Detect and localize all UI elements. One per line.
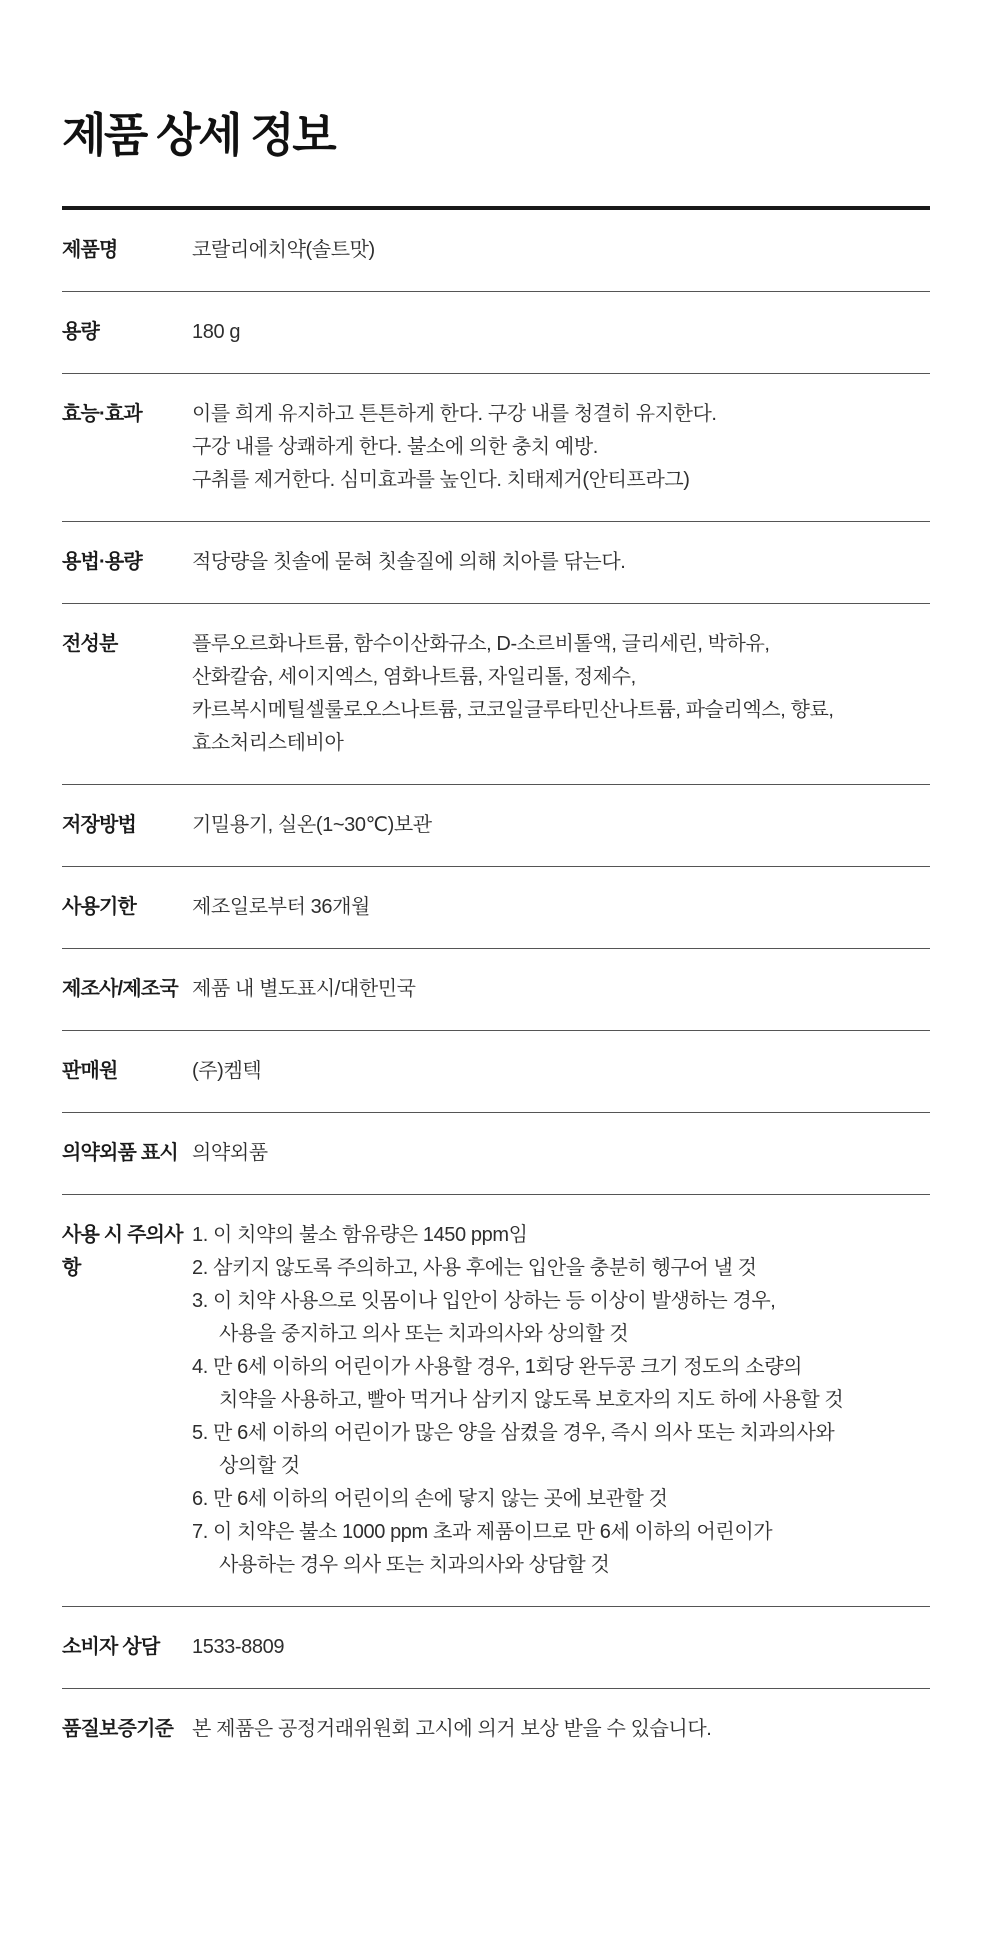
row-label: 저장방법 xyxy=(62,809,192,842)
value-line: 적당량을 칫솔에 묻혀 칫솔질에 의해 치아를 닦는다. xyxy=(192,546,930,579)
row-label: 품질보증기준 xyxy=(62,1713,192,1746)
row-value: 코랄리에치약(솔트맛) xyxy=(192,234,930,267)
table-row-product-name: 제품명 코랄리에치약(솔트맛) xyxy=(62,210,930,292)
row-label: 효능·효과 xyxy=(62,398,192,431)
row-value: 제품 내 별도표시/대한민국 xyxy=(192,973,930,1006)
value-line: 2. 삼키지 않도록 주의하고, 사용 후에는 입안을 충분히 헹구어 낼 것 xyxy=(192,1252,930,1285)
row-label: 사용기한 xyxy=(62,891,192,924)
value-line: 의약외품 xyxy=(192,1137,930,1170)
value-line: 사용을 중지하고 의사 또는 치과의사와 상의할 것 xyxy=(192,1318,930,1351)
table-row-quasi-drug-mark: 의약외품 표시 의약외품 xyxy=(62,1113,930,1195)
row-label: 소비자 상담 xyxy=(62,1631,192,1664)
value-line: 치약을 사용하고, 빨아 먹거나 삼키지 않도록 보호자의 지도 하에 사용할 … xyxy=(192,1384,930,1417)
table-row-shelf-life: 사용기한 제조일로부터 36개월 xyxy=(62,867,930,949)
row-label: 사용 시 주의사항 xyxy=(62,1219,192,1285)
row-value: 플루오르화나트륨, 함수이산화규소, D-소르비톨액, 글리세린, 박하유,산화… xyxy=(192,628,930,760)
row-label: 전성분 xyxy=(62,628,192,661)
table-row-volume: 용량 180 g xyxy=(62,292,930,374)
table-row-quality-guarantee: 품질보증기준 본 제품은 공정거래위원회 고시에 의거 보상 받을 수 있습니다… xyxy=(62,1689,930,1770)
row-value: 1533-8809 xyxy=(192,1631,930,1664)
table-row-customer-service: 소비자 상담 1533-8809 xyxy=(62,1607,930,1689)
table-row-storage-method: 저장방법 기밀용기, 실온(1~30℃)보관 xyxy=(62,785,930,867)
row-value: (주)켐텍 xyxy=(192,1055,930,1088)
row-value: 본 제품은 공정거래위원회 고시에 의거 보상 받을 수 있습니다. xyxy=(192,1713,930,1746)
row-value: 기밀용기, 실온(1~30℃)보관 xyxy=(192,809,930,842)
row-value: 180 g xyxy=(192,316,930,349)
table-row-manufacturer-country: 제조사/제조국 제품 내 별도표시/대한민국 xyxy=(62,949,930,1031)
value-line: 5. 만 6세 이하의 어린이가 많은 양을 삼켰을 경우, 즉시 의사 또는 … xyxy=(192,1417,930,1450)
product-detail-section: 제품 상세 정보 제품명 코랄리에치약(솔트맛) 용량 180 g 효능·효과 … xyxy=(0,0,930,1770)
value-line: 4. 만 6세 이하의 어린이가 사용할 경우, 1회당 완두콩 크기 정도의 … xyxy=(192,1351,930,1384)
row-value: 적당량을 칫솔에 묻혀 칫솔질에 의해 치아를 닦는다. xyxy=(192,546,930,579)
table-row-usage-dosage: 용법·용량 적당량을 칫솔에 묻혀 칫솔질에 의해 치아를 닦는다. xyxy=(62,522,930,604)
row-label: 판매원 xyxy=(62,1055,192,1088)
page-title: 제품 상세 정보 xyxy=(62,104,930,166)
value-line: 3. 이 치약 사용으로 잇몸이나 입안이 상하는 등 이상이 발생하는 경우, xyxy=(192,1285,930,1318)
value-line: 제조일로부터 36개월 xyxy=(192,891,930,924)
value-line: 1533-8809 xyxy=(192,1631,930,1664)
value-line: 기밀용기, 실온(1~30℃)보관 xyxy=(192,809,930,842)
value-line: (주)켐텍 xyxy=(192,1055,930,1088)
value-line: 제품 내 별도표시/대한민국 xyxy=(192,973,930,1006)
value-line: 이를 희게 유지하고 튼튼하게 한다. 구강 내를 청결히 유지한다. xyxy=(192,398,930,431)
value-line: 사용하는 경우 의사 또는 치과의사와 상담할 것 xyxy=(192,1549,930,1582)
value-line: 코랄리에치약(솔트맛) xyxy=(192,234,930,267)
row-label: 용법·용량 xyxy=(62,546,192,579)
table-row-ingredients: 전성분 플루오르화나트륨, 함수이산화규소, D-소르비톨액, 글리세린, 박하… xyxy=(62,604,930,785)
table-row-efficacy-effect: 효능·효과 이를 희게 유지하고 튼튼하게 한다. 구강 내를 청결히 유지한다… xyxy=(62,374,930,522)
table-row-seller: 판매원 (주)켐텍 xyxy=(62,1031,930,1113)
value-line: 상의할 것 xyxy=(192,1450,930,1483)
row-label: 용량 xyxy=(62,316,192,349)
value-line: 구취를 제거한다. 심미효과를 높인다. 치태제거(안티프라그) xyxy=(192,464,930,497)
value-line: 효소처리스테비아 xyxy=(192,727,930,760)
row-label: 제조사/제조국 xyxy=(62,973,192,1006)
value-line: 산화칼슘, 세이지엑스, 염화나트륨, 자일리톨, 정제수, xyxy=(192,661,930,694)
value-line: 1. 이 치약의 불소 함유량은 1450 ppm임 xyxy=(192,1219,930,1252)
row-value: 이를 희게 유지하고 튼튼하게 한다. 구강 내를 청결히 유지한다.구강 내를… xyxy=(192,398,930,497)
value-line: 6. 만 6세 이하의 어린이의 손에 닿지 않는 곳에 보관할 것 xyxy=(192,1483,930,1516)
value-line: 7. 이 치약은 불소 1000 ppm 초과 제품이므로 만 6세 이하의 어… xyxy=(192,1516,930,1549)
row-value: 1. 이 치약의 불소 함유량은 1450 ppm임2. 삼키지 않도록 주의하… xyxy=(192,1219,930,1582)
row-label: 의약외품 표시 xyxy=(62,1137,192,1170)
value-line: 180 g xyxy=(192,316,930,349)
value-line: 본 제품은 공정거래위원회 고시에 의거 보상 받을 수 있습니다. xyxy=(192,1713,930,1746)
value-line: 카르복시메틸셀룰로오스나트륨, 코코일글루타민산나트륨, 파슬리엑스, 향료, xyxy=(192,694,930,727)
row-value: 의약외품 xyxy=(192,1137,930,1170)
row-value: 제조일로부터 36개월 xyxy=(192,891,930,924)
table-row-precautions: 사용 시 주의사항 1. 이 치약의 불소 함유량은 1450 ppm임2. 삼… xyxy=(62,1195,930,1607)
row-label: 제품명 xyxy=(62,234,192,267)
product-detail-table: 제품명 코랄리에치약(솔트맛) 용량 180 g 효능·효과 이를 희게 유지하… xyxy=(62,206,930,1770)
value-line: 구강 내를 상쾌하게 한다. 불소에 의한 충치 예방. xyxy=(192,431,930,464)
value-line: 플루오르화나트륨, 함수이산화규소, D-소르비톨액, 글리세린, 박하유, xyxy=(192,628,930,661)
